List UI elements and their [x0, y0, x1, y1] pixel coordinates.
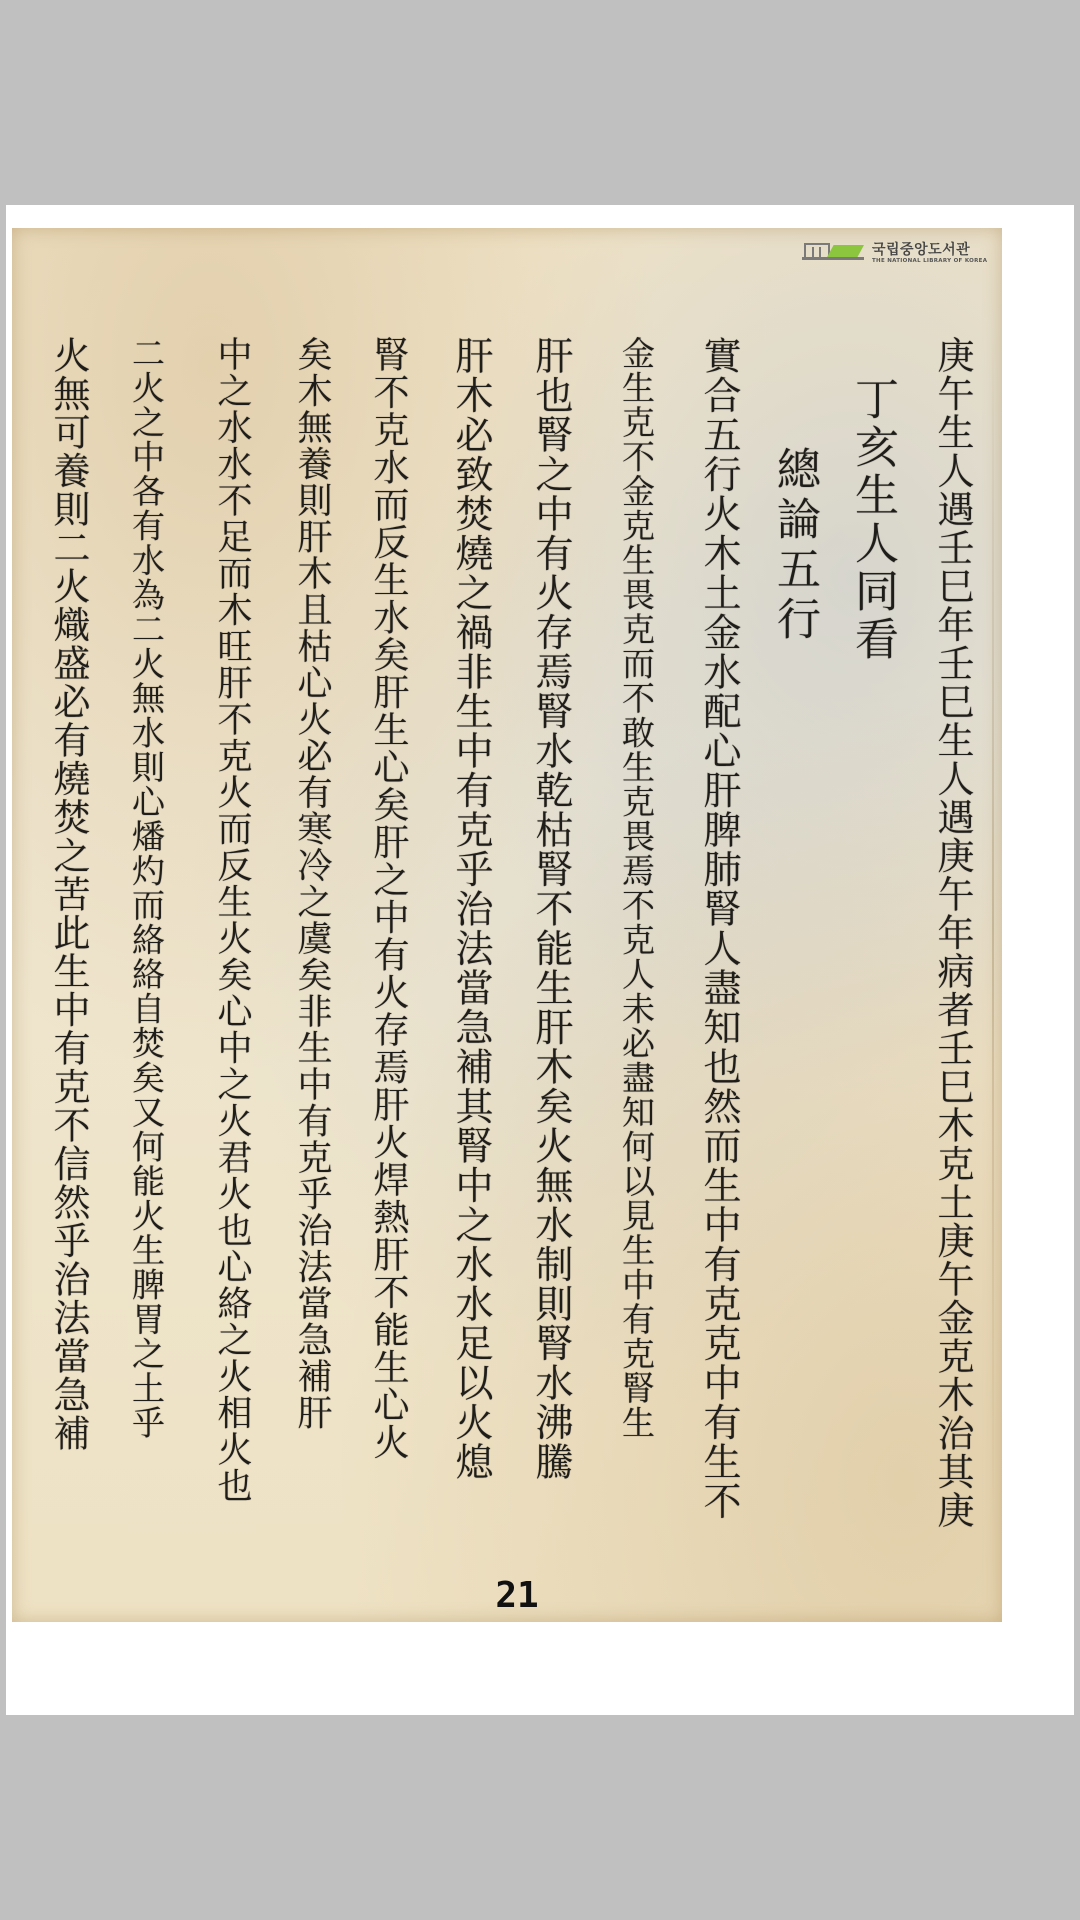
- text-column-7: 肝木必致焚燒之禍非生中有克乎治法當急補其腎中之水水足以火熄: [452, 336, 490, 1482]
- page-number: 21: [482, 1575, 552, 1616]
- text-column-11: 二火之中各有水為二火無水則心燔灼而絡絡自焚矣又何能火生脾胃之土乎: [130, 336, 163, 1440]
- text-column-6: 肝也腎之中有火存焉腎水乾枯腎不能生肝木矣火無水制則腎水沸騰: [532, 336, 570, 1482]
- text-column-4: 實合五行火木土金水配心肝脾肺腎人盡知也然而生中有克克中有生不: [700, 336, 738, 1521]
- text-column-1: 庚午生人遇壬巳年壬巳生人遇庚午年病者壬巳木克土庚午金克木治其庚: [934, 336, 971, 1530]
- section-heading-column: 總論五行: [772, 446, 816, 646]
- text-column-2: 丁亥生人同看: [850, 376, 894, 664]
- manuscript-text-columns: 庚午生人遇壬巳年壬巳生人遇庚午年病者壬巳木克土庚午金克木治其庚 丁亥生人同看 總…: [12, 228, 1002, 1622]
- text-column-12: 火無可養則二火熾盛必有燒焚之苦此生中有克不信然乎治法當急補: [50, 336, 87, 1453]
- text-column-10: 中之水水不足而木旺肝不克火而反生火矣心中之火君火也心絡之火相火也: [214, 336, 249, 1504]
- text-column-5: 金生克不金克生畏克而不敢生克畏焉不克人未必盡知何以見生中有克腎生: [620, 336, 653, 1440]
- text-column-9: 矣木無養則肝木且枯心火必有寒冷之虞矣非生中有克乎治法當急補肝: [294, 336, 329, 1431]
- text-column-8: 腎不克水而反生水矣肝生心矣肝之中有火存焉肝火焊熱肝不能生心火: [370, 336, 406, 1461]
- page-edge: [992, 328, 994, 1528]
- manuscript-page-scan: 국립중앙도서관 THE NATIONAL LIBRARY OF KOREA 庚午…: [12, 228, 1002, 1622]
